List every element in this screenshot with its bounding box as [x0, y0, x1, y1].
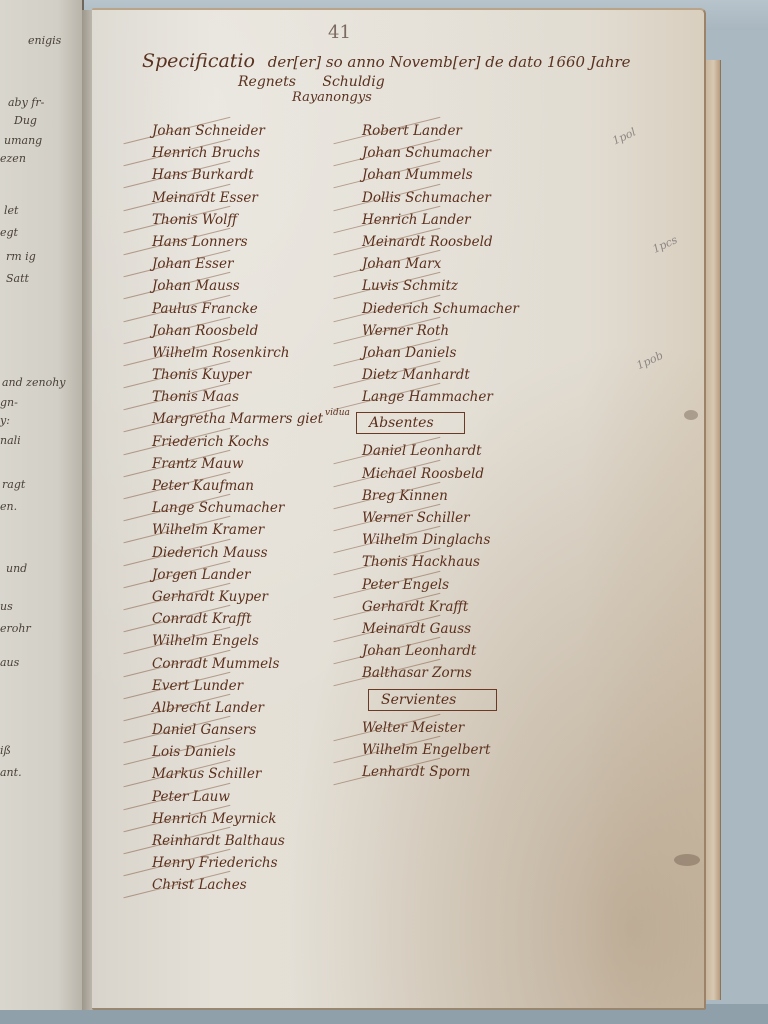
name-entry: Johan Mauss [152, 275, 362, 297]
name-text: Johan Roosbeld [152, 323, 258, 339]
name-entry: Lois Daniels [152, 741, 362, 763]
name-entry: Johan Esser [152, 253, 362, 275]
name-entry: Robert Lander [362, 120, 602, 142]
name-entry: Welter Meister [362, 717, 602, 739]
name-entry: Peter Kaufman [152, 475, 362, 497]
previous-page-text: Satt [6, 272, 29, 285]
name-entry: Jorgen Lander [152, 564, 362, 586]
name-entry: Markus Schiller [152, 763, 362, 785]
left-name-column: Johan SchneiderHenrich BruchsHans Burkar… [152, 120, 362, 897]
name-entry: Conradt Mummels [152, 653, 362, 675]
name-entry: Henry Friederichs [152, 852, 362, 874]
previous-page-text: let [4, 204, 18, 217]
name-entry: Henrich Meyrnick [152, 808, 362, 830]
name-text: Henrich Lander [362, 212, 471, 228]
previous-page-text: und [6, 562, 27, 575]
name-entry: Diederich Mauss [152, 542, 362, 564]
previous-page-text: us [0, 600, 13, 613]
header-third-line: Rayanongys [292, 90, 702, 105]
header-subtitle-word: Schuldig [322, 74, 384, 90]
name-entry: Johan Roosbeld [152, 320, 362, 342]
name-entry: Daniel Leonhardt [362, 440, 602, 462]
header-subtitle-line: Regnets Schuldig [238, 74, 702, 90]
name-entry: Lange Hammacher [362, 386, 602, 408]
pencil-mark: 1pcs [650, 233, 679, 256]
previous-page-text: iß [0, 744, 11, 757]
previous-page-text: ezen [0, 152, 26, 165]
previous-page-text: rm ig [6, 250, 36, 263]
header-title-line: Specificatio der[er] so anno Novemb[er] … [142, 50, 702, 72]
ink-stain [674, 854, 700, 866]
name-entry: Paulus Francke [152, 298, 362, 320]
right-column-part-3: Welter MeisterWilhelm EngelbertLenhardt … [362, 717, 602, 784]
name-entry: Johan Mummels [362, 164, 602, 186]
previous-page-text: aus [0, 656, 19, 669]
manuscript-page: 41 Specificatio der[er] so anno Novemb[e… [92, 8, 706, 1010]
name-entry: Johan Daniels [362, 342, 602, 364]
name-entry: Werner Roth [362, 320, 602, 342]
previous-page-text: ant. [0, 766, 22, 779]
name-entry: Lange Schumacher [152, 497, 362, 519]
previous-page-text: y: [0, 414, 10, 427]
name-entry: Wilhelm Kramer [152, 519, 362, 541]
previous-page-text: en. [0, 500, 17, 513]
name-entry: Hans Burkardt [152, 164, 362, 186]
previous-page-text: ragt [2, 478, 25, 491]
page-edge-stack [704, 60, 721, 1000]
name-entry: Lenhardt Sporn [362, 761, 602, 783]
name-entry: Christ Laches [152, 874, 362, 896]
name-entry: Wilhelm Dinglachs [362, 529, 602, 551]
section-heading-servientes: Servientes [368, 689, 497, 711]
name-entry: Reinhardt Balthaus [152, 830, 362, 852]
previous-page: enigis aby fr- Dug umang ezen let egt rm… [0, 0, 84, 1010]
name-entry: Dietz Manhardt [362, 364, 602, 386]
right-column-part-1: Robert LanderJohan SchumacherJohan Mumme… [362, 120, 602, 408]
name-entry: Diederich Schumacher [362, 298, 602, 320]
previous-page-text: Dug [14, 114, 37, 127]
name-entry: Meinardt Roosbeld [362, 231, 602, 253]
name-entry: Evert Lunder [152, 675, 362, 697]
name-entry: Johan Marx [362, 253, 602, 275]
header-subtitle-word: Regnets [238, 74, 296, 90]
name-entry: Luvis Schmitz [362, 275, 602, 297]
name-text: Lenhardt Sporn [362, 764, 470, 780]
name-entry: Conradt Krafft [152, 608, 362, 630]
name-entry: Breg Kinnen [362, 485, 602, 507]
name-entry: Peter Engels [362, 574, 602, 596]
name-entry: Michael Roosbeld [362, 463, 602, 485]
name-entry: Friederich Kochs [152, 431, 362, 453]
name-entry: Hans Lonners [152, 231, 362, 253]
name-entry: Peter Lauw [152, 786, 362, 808]
ink-stain [684, 410, 698, 420]
name-entry: Henrich Bruchs [152, 142, 362, 164]
previous-page-text: egt [0, 226, 18, 239]
name-entry: Gerhardt Kuyper [152, 586, 362, 608]
right-column-part-2: Daniel LeonhardtMichael RoosbeldBreg Kin… [362, 440, 602, 684]
name-entry: Johan Leonhardt [362, 640, 602, 662]
section-heading-absentes: Absentes [356, 412, 465, 434]
previous-page-text: enigis [28, 34, 61, 47]
name-entry: Thonis Wolff [152, 209, 362, 231]
name-entry: Henrich Lander [362, 209, 602, 231]
name-entry: Albrecht Lander [152, 697, 362, 719]
name-text: Diederich Mauss [152, 545, 268, 561]
name-entry: Johan Schumacher [362, 142, 602, 164]
name-entry: Margretha Marmers gietvidua [152, 408, 362, 430]
name-entry: Wilhelm Engelbert [362, 739, 602, 761]
page-header: Specificatio der[er] so anno Novemb[er] … [142, 50, 702, 105]
name-entry: Werner Schiller [362, 507, 602, 529]
name-entry: Johan Schneider [152, 120, 362, 142]
header-title-lead: Specificatio [142, 50, 255, 72]
name-entry: Balthasar Zorns [362, 662, 602, 684]
name-text: Peter Lauw [152, 789, 230, 805]
name-entry: Thonis Kuyper [152, 364, 362, 386]
previous-page-text: gn- [0, 396, 18, 409]
pencil-mark: 1pob [635, 349, 666, 372]
name-entry: Wilhelm Engels [152, 630, 362, 652]
right-name-column: Robert LanderJohan SchumacherJohan Mumme… [362, 120, 602, 783]
previous-page-text: aby fr- [8, 96, 44, 109]
header-title-rest: der[er] so anno Novemb[er] de dato 1660 … [268, 53, 631, 71]
name-entry: Meinardt Gauss [362, 618, 602, 640]
name-entry: Thonis Maas [152, 386, 362, 408]
name-entry: Frantz Mauw [152, 453, 362, 475]
name-entry: Meinardt Esser [152, 187, 362, 209]
name-entry: Daniel Gansers [152, 719, 362, 741]
pencil-mark: 1pol [610, 125, 637, 147]
previous-page-text: nali [0, 434, 21, 447]
name-entry: Dollis Schumacher [362, 187, 602, 209]
name-entry: Gerhardt Krafft [362, 596, 602, 618]
name-text: Gerhardt Krafft [362, 599, 468, 615]
previous-page-text: umang [4, 134, 42, 147]
previous-page-text: and zenohy [2, 376, 66, 389]
name-entry: Wilhelm Rosenkirch [152, 342, 362, 364]
page-number: 41 [328, 22, 351, 43]
previous-page-text: erohr [0, 622, 31, 635]
name-entry: Thonis Hackhaus [362, 551, 602, 573]
